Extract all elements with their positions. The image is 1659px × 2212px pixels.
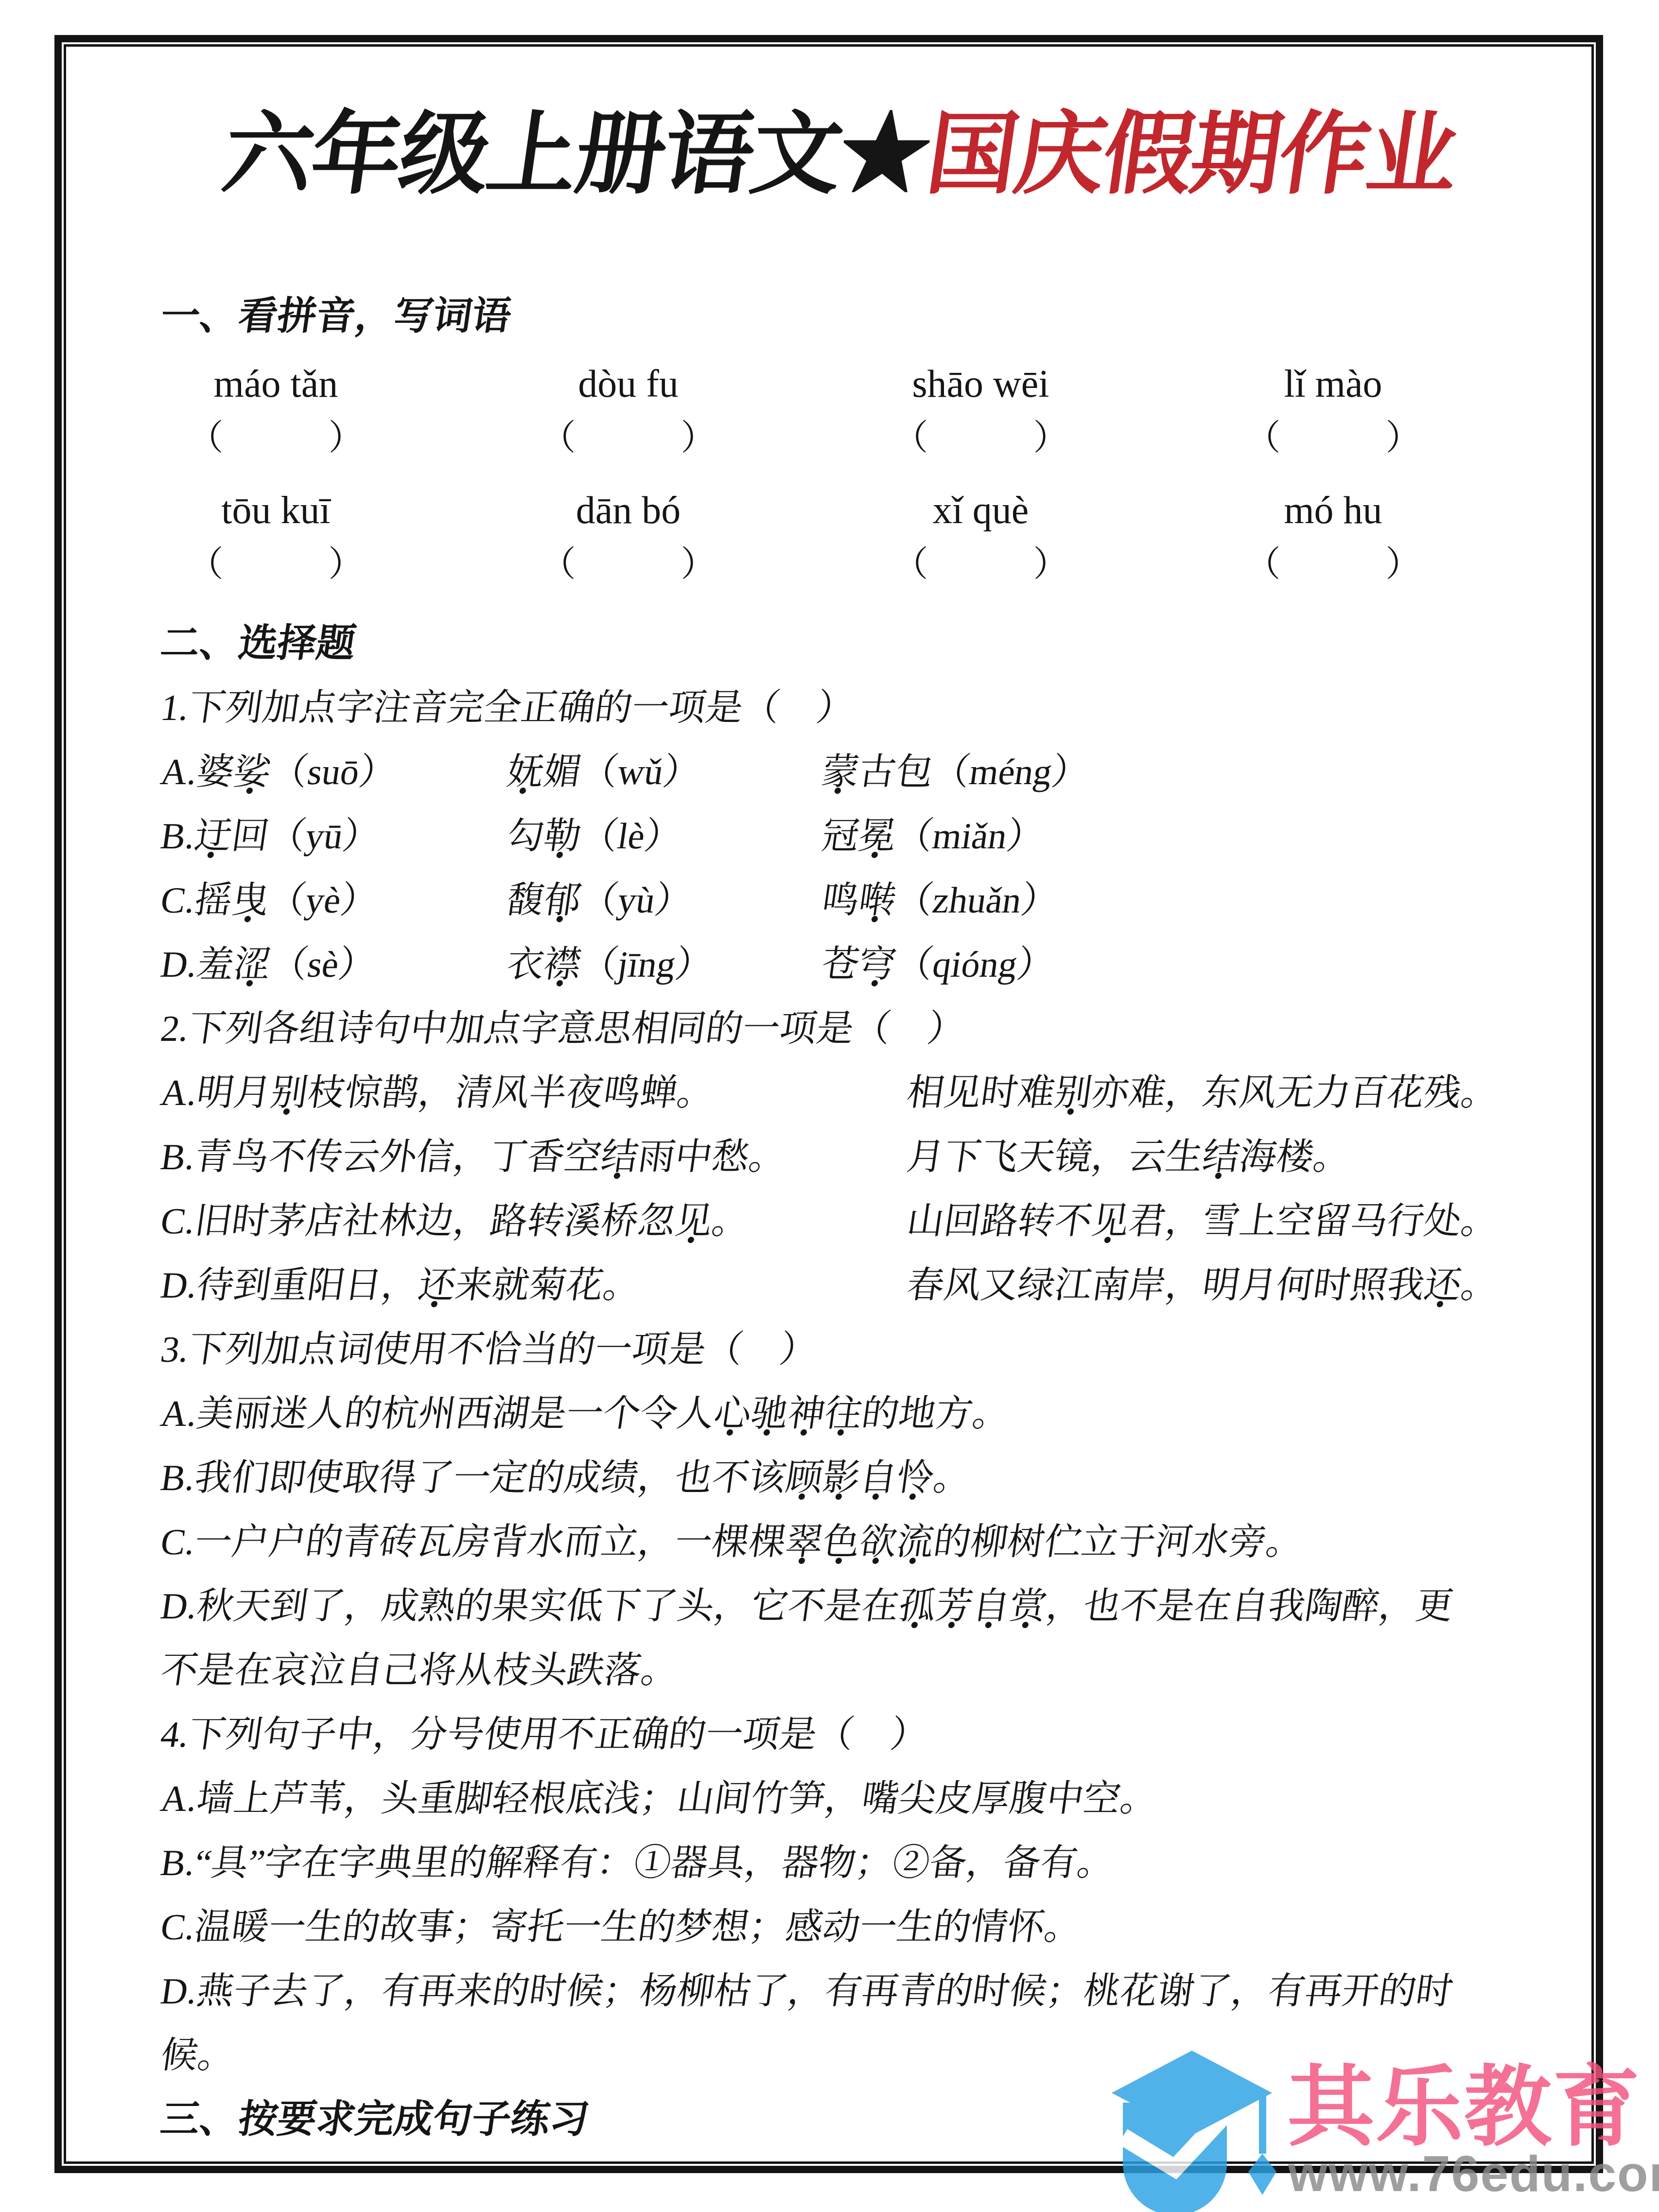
question-3-option-d-line-2: 不是在哀泣自己将从枝头跌落。 [157,1638,1614,1703]
option-cell: D.羞涩（sè） [157,932,512,997]
poem-left: A.明月别枝惊鹊，清风半夜鸣蝉。 [157,1061,912,1125]
poem-right: 月下飞天镜，云生结海楼。 [903,1125,1355,1189]
answer-blank: （ ） [452,537,804,591]
question-3-stem: 3.下列加点词使用不恰当的一项是（ ） [157,1317,1614,1382]
section-1-heading: 一、看拼音，写词语 [157,284,516,349]
answer-blank: （ ） [804,411,1157,464]
answer-blank: （ ） [1157,537,1509,591]
option-cell: C.摇曳（yè） [157,868,512,932]
poem-left: C.旧时茅店社林边，路转溪桥忽见。 [157,1189,912,1253]
pinyin-row-2: tōu kuī dān bó xǐ què mó hu [100,484,1509,537]
option-cell: B.迂回（yū） [157,804,512,868]
pinyin-word: máo tǎn [100,357,452,411]
option-cell: 苍穹（qióng） [818,932,1614,997]
pinyin-word: dòu fu [452,357,804,411]
poem-left: B.青鸟不传云外信，丁香空结雨中愁。 [157,1125,912,1189]
question-4-stem: 4.下列句子中，分号使用不正确的一项是（ ） [157,1703,1614,1767]
question-2-option-a: A.明月别枝惊鹊，清风半夜鸣蝉。 相见时难别亦难，东风无力百花残。 [157,1061,1614,1125]
answer-blank-row-1: （ ） （ ） （ ） （ ） [100,411,1509,464]
option-cell: 勾勒（lè） [503,804,827,868]
answer-blank: （ ） [804,537,1157,591]
question-1-stem: 1.下列加点字注音完全正确的一项是（ ） [157,676,1614,740]
option-cell: 鸣啭（zhuǎn） [818,868,1614,932]
poem-right: 相见时难别亦难，东风无力百花残。 [903,1061,1503,1125]
answer-blank: （ ） [452,411,804,464]
pinyin-word: xǐ què [804,484,1157,537]
section-2-heading: 二、选择题 [157,612,1614,676]
question-1-option-d: D.羞涩（sè） 衣襟（jīng） 苍穹（qióng） [157,932,1614,997]
poem-right: 山回路转不见君，雪上空留马行处。 [903,1189,1503,1253]
option-cell: A.婆娑（suō） [157,740,512,804]
poem-left: D.待到重阳日，还来就菊花。 [157,1253,912,1317]
answer-blank-row-2: （ ） （ ） （ ） （ ） [100,537,1509,591]
question-2-stem: 2.下列各组诗句中加点字意思相同的一项是（ ） [157,997,1614,1061]
question-4-option-c: C.温暖一生的故事；寄托一生的梦想；感动一生的情怀。 [157,1895,1614,1959]
question-3-option-c: C.一户户的青砖瓦房背水而立，一棵棵翠色欲流的柳树伫立于河水旁。 [157,1510,1614,1574]
watermark: 其乐教育 www.76edu.com [1103,2044,1659,2212]
option-cell: 衣襟（jīng） [503,932,827,997]
answer-blank: （ ） [1157,411,1509,464]
watermark-brand-text: 其乐教育 [1287,2037,1641,2162]
answer-blank: （ ） [100,537,452,591]
pinyin-word: dān bó [452,484,804,537]
pinyin-word: shāo wēi [804,357,1157,411]
question-4-option-d-line-1: D.燕子去了，有再来的时候；杨柳枯了，有再青的时候；桃花谢了，有再开的时 [157,1959,1614,2023]
answer-blank: （ ） [100,411,452,464]
question-1-option-c: C.摇曳（yè） 馥郁（yù） 鸣啭（zhuǎn） [157,868,1614,932]
pinyin-word: lǐ mào [1157,357,1509,411]
page-title-black: 六年级上册语文★ [217,105,935,205]
watermark-site-url: www.76edu.com [1288,2145,1659,2203]
question-2-option-c: C.旧时茅店社林边，路转溪桥忽见。 山回路转不见君，雪上空留马行处。 [157,1189,1614,1253]
question-1-option-a: A.婆娑（suō） 妩媚（wǔ） 蒙古包（méng） [157,740,1614,804]
question-4-option-a: A.墙上芦苇，头重脚轻根底浅；山间竹笋，嘴尖皮厚腹中空。 [157,1767,1614,1831]
option-cell: 蒙古包（méng） [818,740,1614,804]
question-4-option-b: B.“具”字在字典里的解释有：①器具，器物；②备，备有。 [157,1831,1614,1895]
pinyin-row-1: máo tǎn dòu fu shāo wēi lǐ mào [100,357,1509,411]
question-3-option-d-line-1: D.秋天到了，成熟的果实低下了头，它不是在孤芳自赏，也不是在自我陶醉，更 [157,1574,1614,1638]
question-3-option-a: A.美丽迷人的杭州西湖是一个令人心驰神往的地方。 [157,1382,1614,1446]
page-title: 六年级上册语文★国庆假期作业 [63,83,1616,228]
question-2-option-d: D.待到重阳日，还来就菊花。 春风又绿江南岸，明月何时照我还。 [157,1253,1614,1317]
page-title-red: 国庆假期作业 [921,105,1463,205]
pinyin-word: tōu kuī [100,484,452,537]
question-3-option-b: B.我们即使取得了一定的成绩，也不该顾影自怜。 [157,1446,1614,1510]
option-cell: 冠冕（miǎn） [818,804,1614,868]
question-2-option-b: B.青鸟不传云外信，丁香空结雨中愁。 月下飞天镜，云生结海楼。 [157,1125,1614,1189]
questions: 二、选择题 1.下列加点字注音完全正确的一项是（ ） A.婆娑（suō） 妩媚（… [157,612,1605,2152]
option-cell: 馥郁（yù） [503,868,827,932]
pinyin-word: mó hu [1157,484,1509,537]
question-1-option-b: B.迂回（yū） 勾勒（lè） 冠冕（miǎn） [157,804,1614,868]
option-cell: 妩媚（wǔ） [503,740,827,804]
poem-right: 春风又绿江南岸，明月何时照我还。 [903,1253,1503,1317]
graduation-cap-icon [1103,2044,1278,2212]
